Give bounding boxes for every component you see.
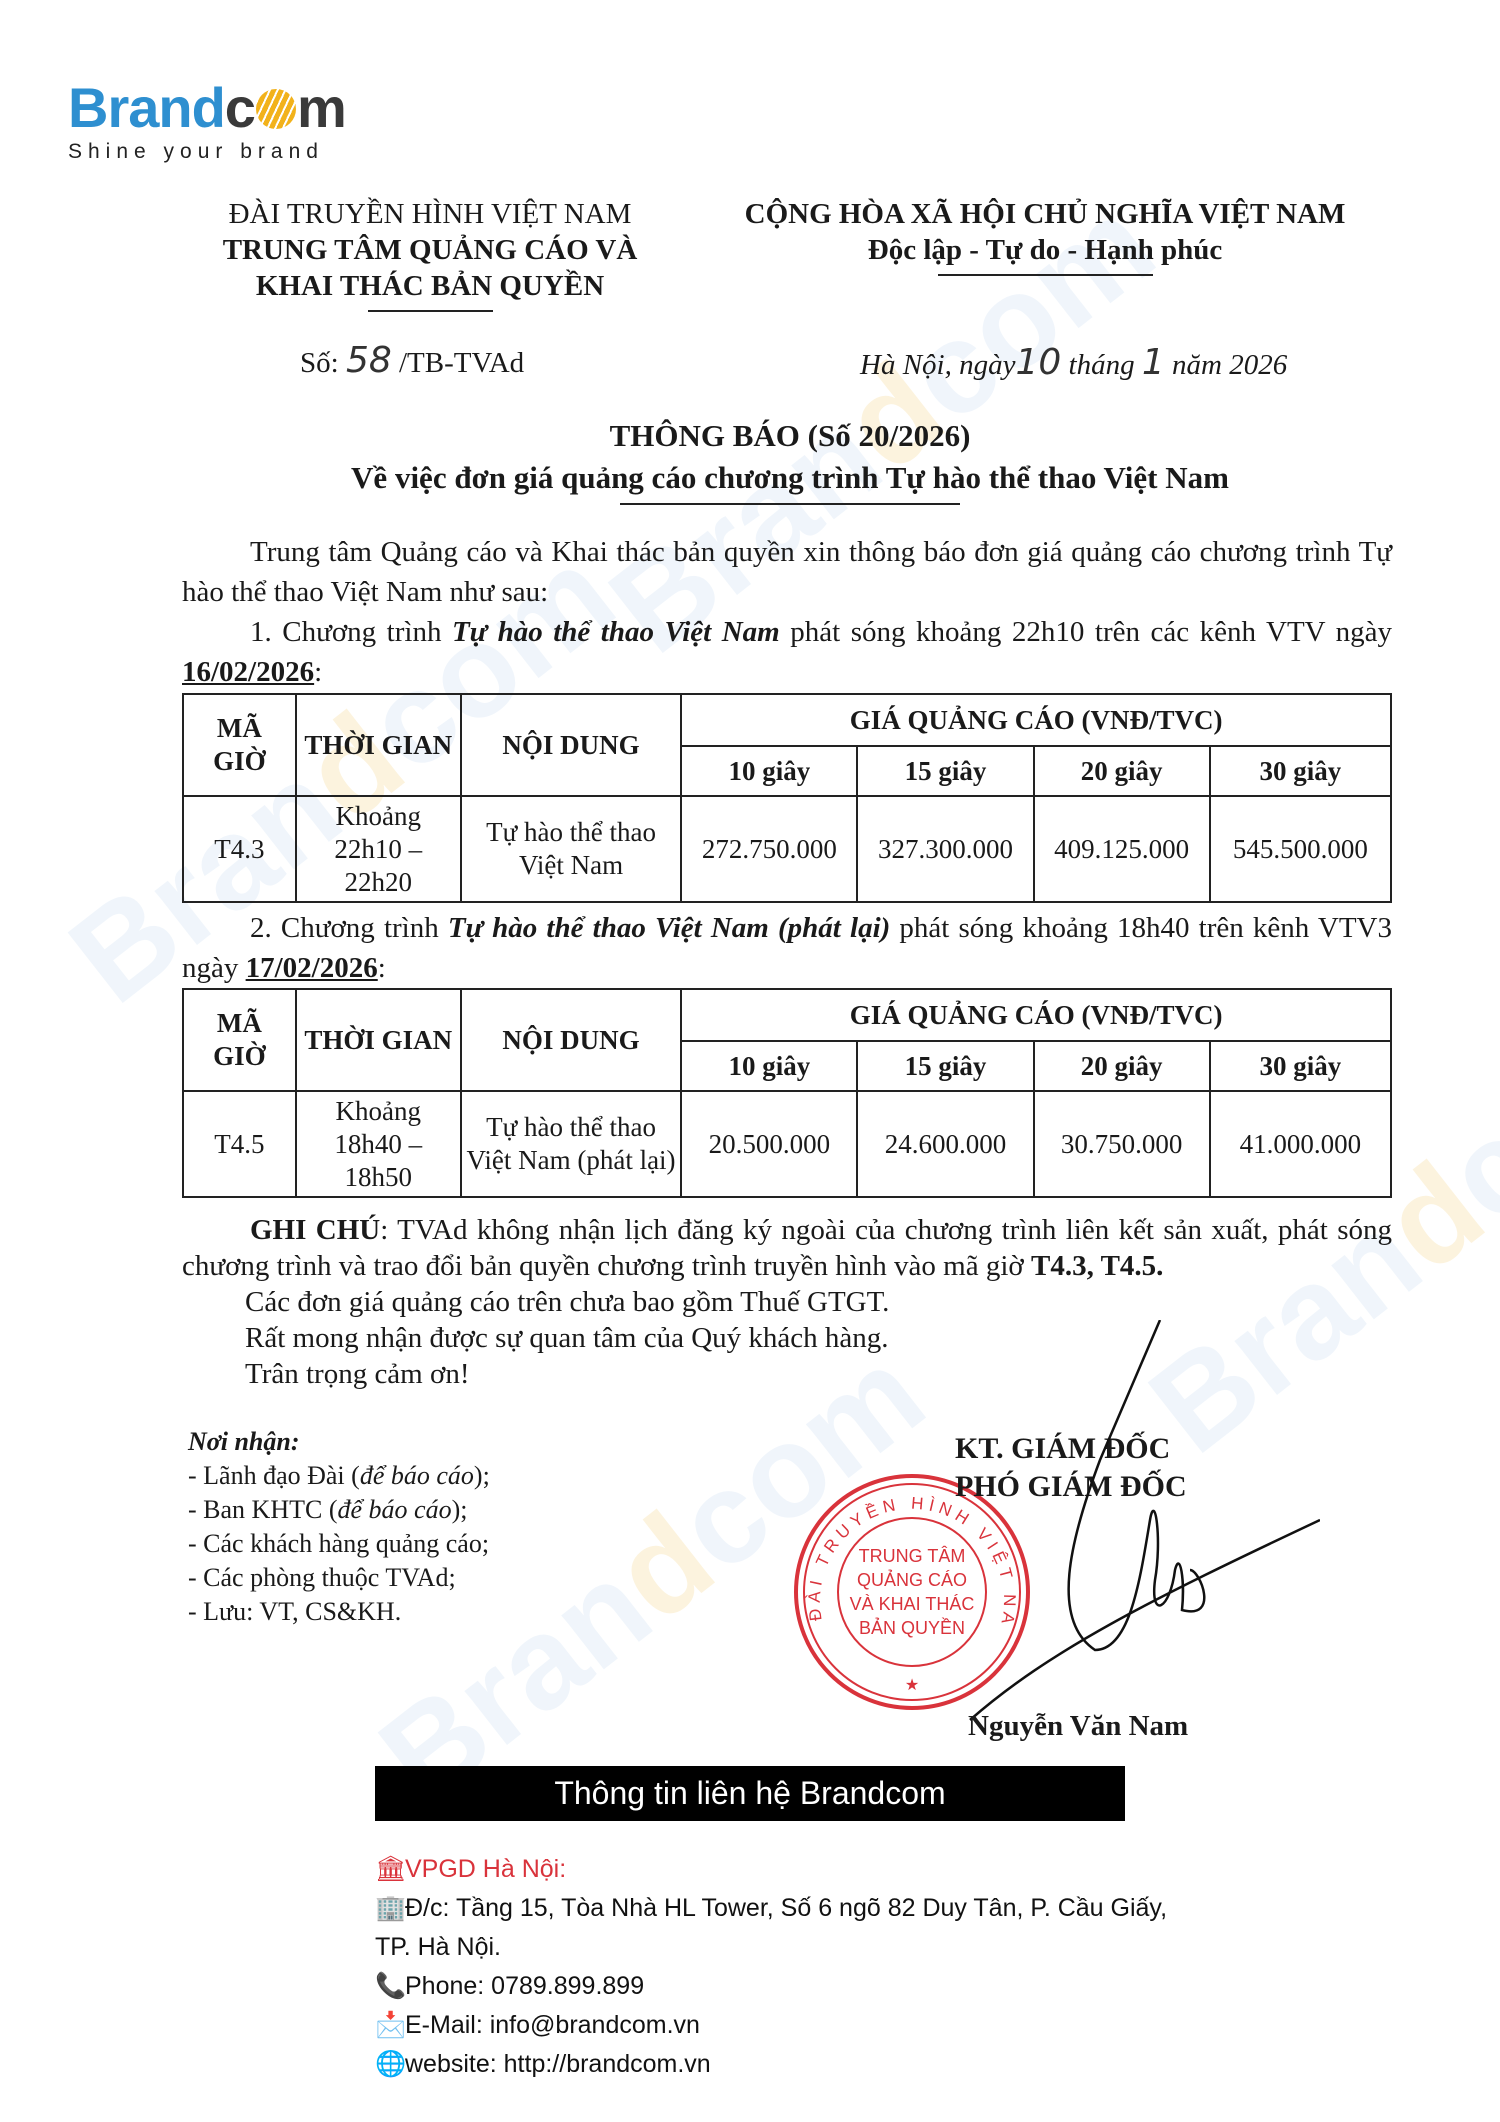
price-table-1: MÃ GIỜ THỜI GIAN NỘI DUNG GIÁ QUẢNG CÁO … (182, 693, 1392, 903)
email-link[interactable]: E-Mail: info@brandcom.vn (405, 2011, 700, 2039)
recipients: Nơi nhận: - Lãnh đạo Đài (để báo cáo); -… (188, 1425, 490, 1629)
email-icon: 📩 (375, 2006, 401, 2045)
sun-logo-icon (256, 89, 296, 129)
signatory-name: Nguyễn Văn Nam (968, 1710, 1188, 1743)
city-building-icon: 🏢 (375, 1889, 401, 1928)
phone-link[interactable]: Phone: 0789.899.899 (405, 1972, 644, 2000)
intro-paragraph: Trung tâm Quảng cáo và Khai thác bản quy… (182, 532, 1392, 612)
contact-info: 🏛VPGD Hà Nội: 🏢Đ/c: Tầng 15, Tòa Nhà HL … (375, 1850, 1167, 2084)
table-row: T4.3 Khoảng 22h10 – 22h20 Tự hào thể tha… (183, 796, 1391, 902)
contact-heading: Thông tin liên hệ Brandcom (375, 1766, 1125, 1821)
table-row: T4.5 Khoảng 18h40 – 18h50 Tự hào thể tha… (183, 1091, 1391, 1197)
office-building-icon: 🏛 (375, 1850, 401, 1889)
section-2-text: 2. Chương trình Tự hào thể thao Việt Nam… (182, 908, 1392, 988)
handwritten-signature (900, 1320, 1320, 1740)
document-number: Số: 58 /TB-TVAd (300, 340, 524, 381)
globe-icon: 🌐 (375, 2045, 401, 2084)
website-link[interactable]: website: http://brandcom.vn (405, 2050, 711, 2078)
section-1-text: 1. Chương trình Tự hào thể thao Việt Nam… (182, 612, 1392, 692)
brandcom-logo: Brandcm Shine your brand (68, 80, 346, 164)
document-title: THÔNG BÁO (Số 20/2026) Về việc đơn giá q… (150, 415, 1430, 505)
logo-tagline: Shine your brand (68, 140, 346, 164)
phone-icon: 📞 (375, 1967, 401, 2006)
price-table-2: MÃ GIỜ THỜI GIAN NỘI DUNG GIÁ QUẢNG CÁO … (182, 988, 1392, 1198)
notes: GHI CHÚ: TVAd không nhận lịch đăng ký ng… (182, 1212, 1392, 1284)
national-header: CỘNG HÒA XÃ HỘI CHỦ NGHĨA VIỆT NAM Độc l… (715, 196, 1375, 276)
issuer-header: ĐÀI TRUYỀN HÌNH VIỆT NAM TRUNG TÂM QUẢNG… (190, 196, 670, 312)
document-date: Hà Nội, ngày10 tháng 1 năm 2026 (860, 342, 1287, 383)
